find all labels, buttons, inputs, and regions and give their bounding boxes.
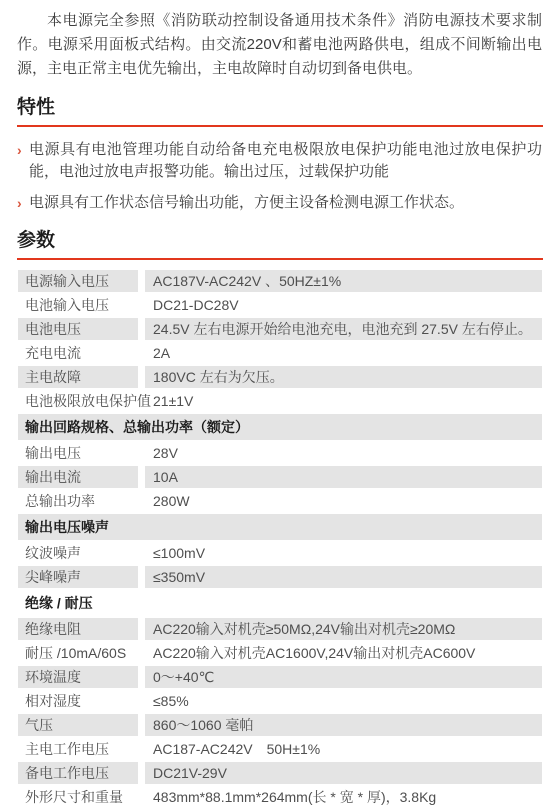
row-value: 280W: [145, 490, 542, 512]
row-label: 电池电压: [18, 318, 138, 340]
params-title: 参数: [17, 230, 543, 260]
row-value: 28V: [145, 442, 542, 464]
table-row: 电源输入电压AC187V-AC242V 、50HZ±1%: [18, 270, 542, 292]
row-value: ≤350mV: [145, 566, 542, 588]
row-label: 电池输入电压: [18, 294, 138, 316]
table-row: 气压860～1060 毫帕: [18, 714, 542, 736]
row-label: 主电工作电压: [18, 738, 138, 760]
intro-paragraph: 本电源完全参照《消防联动控制设备通用技术条件》消防电源技术要求制作。电源采用面板…: [17, 9, 542, 81]
feature-item: ›电源具有工作状态信号输出功能，方便主设备检测电源工作状态。: [17, 192, 542, 214]
table-row: 总输出功率280W: [18, 490, 542, 512]
row-label: 外形尺寸和重量: [18, 786, 138, 807]
row-label: 输出电流: [18, 466, 138, 488]
table-row: 尖峰噪声≤350mV: [18, 566, 542, 588]
table-row: 主电工作电压AC187-AC242V 50H±1%: [18, 738, 542, 760]
row-value: 180VC 左右为欠压。: [145, 366, 542, 388]
row-value: ≤100mV: [145, 542, 542, 564]
table-row: 相对湿度≤85%: [18, 690, 542, 712]
features-section: 特性 ›电源具有电池管理功能自动给备电充电极限放电保护功能电池过放电保护功能，电…: [0, 97, 560, 214]
table-row: 环境温度0～+40℃: [18, 666, 542, 688]
row-label: 备电工作电压: [18, 762, 138, 784]
section-row-label: 输出回路规格、总输出功率（额定）: [18, 414, 542, 440]
table-row: 外形尺寸和重量483mm*88.1mm*264mm(长 * 宽 * 厚)，3.8…: [18, 786, 542, 807]
params-table-body: 电源输入电压AC187V-AC242V 、50HZ±1%电池输入电压DC21-D…: [18, 270, 542, 807]
row-label: 环境温度: [18, 666, 138, 688]
table-row: 纹波噪声≤100mV: [18, 542, 542, 564]
feature-text: 电源具有电池管理功能自动给备电充电极限放电保护功能电池过放电保护功能，电池过放电…: [29, 141, 542, 180]
row-label: 充电电流: [18, 342, 138, 364]
row-value: DC21V-29V: [145, 762, 542, 784]
row-value: AC187V-AC242V 、50HZ±1%: [145, 270, 542, 292]
row-label: 电池极限放电保护值: [18, 390, 138, 412]
page: 本电源完全参照《消防联动控制设备通用技术条件》消防电源技术要求制作。电源采用面板…: [0, 9, 560, 807]
row-label: 主电故障: [18, 366, 138, 388]
row-label: 电源输入电压: [18, 270, 138, 292]
row-label: 总输出功率: [18, 490, 138, 512]
row-value: 860～1060 毫帕: [145, 714, 542, 736]
row-value: AC220输入对机壳≥50MΩ,24V输出对机壳≥20MΩ: [145, 618, 542, 640]
row-label: 绝缘电阻: [18, 618, 138, 640]
table-row: 主电故障180VC 左右为欠压。: [18, 366, 542, 388]
row-label: 相对湿度: [18, 690, 138, 712]
row-label: 耐压 /10mA/60S: [18, 642, 138, 664]
feature-text: 电源具有工作状态信号输出功能，方便主设备检测电源工作状态。: [29, 194, 464, 211]
row-value: 483mm*88.1mm*264mm(长 * 宽 * 厚)，3.8Kg: [145, 786, 542, 807]
section-row-label: 绝缘 / 耐压: [18, 590, 542, 616]
row-value: AC187-AC242V 50H±1%: [145, 738, 542, 760]
row-value: 2A: [145, 342, 542, 364]
features-title: 特性: [17, 97, 543, 127]
row-value: AC220输入对机壳AC1600V,24V输出对机壳AC600V: [145, 642, 542, 664]
bullet-chevron-icon: ›: [17, 139, 22, 161]
params-table: 电源输入电压AC187V-AC242V 、50HZ±1%电池输入电压DC21-D…: [11, 268, 549, 807]
table-row: 输出电流10A: [18, 466, 542, 488]
section-row: 输出电压噪声: [18, 514, 542, 540]
table-row: 备电工作电压DC21V-29V: [18, 762, 542, 784]
table-row: 电池电压24.5V 左右电源开始给电池充电，电池充到 27.5V 左右停止。: [18, 318, 542, 340]
row-value: DC21-DC28V: [145, 294, 542, 316]
table-row: 电池输入电压DC21-DC28V: [18, 294, 542, 316]
row-value: 0～+40℃: [145, 666, 542, 688]
row-label: 尖峰噪声: [18, 566, 138, 588]
table-row: 充电电流2A: [18, 342, 542, 364]
row-label: 气压: [18, 714, 138, 736]
row-label: 输出电压: [18, 442, 138, 464]
row-label: 纹波噪声: [18, 542, 138, 564]
table-row: 绝缘电阻AC220输入对机壳≥50MΩ,24V输出对机壳≥20MΩ: [18, 618, 542, 640]
feature-item: ›电源具有电池管理功能自动给备电充电极限放电保护功能电池过放电保护功能，电池过放…: [17, 139, 542, 183]
row-value: 10A: [145, 466, 542, 488]
row-value: 24.5V 左右电源开始给电池充电，电池充到 27.5V 左右停止。: [145, 318, 542, 340]
table-row: 输出电压28V: [18, 442, 542, 464]
feature-list: ›电源具有电池管理功能自动给备电充电极限放电保护功能电池过放电保护功能，电池过放…: [17, 139, 542, 214]
bullet-chevron-icon: ›: [17, 192, 22, 214]
row-value: 21±1V: [145, 390, 542, 412]
row-value: ≤85%: [145, 690, 542, 712]
section-row-label: 输出电压噪声: [18, 514, 542, 540]
table-row: 耐压 /10mA/60SAC220输入对机壳AC1600V,24V输出对机壳AC…: [18, 642, 542, 664]
section-row: 绝缘 / 耐压: [18, 590, 542, 616]
table-row: 电池极限放电保护值21±1V: [18, 390, 542, 412]
section-row: 输出回路规格、总输出功率（额定）: [18, 414, 542, 440]
params-section: 参数 电源输入电压AC187V-AC242V 、50HZ±1%电池输入电压DC2…: [0, 230, 560, 807]
